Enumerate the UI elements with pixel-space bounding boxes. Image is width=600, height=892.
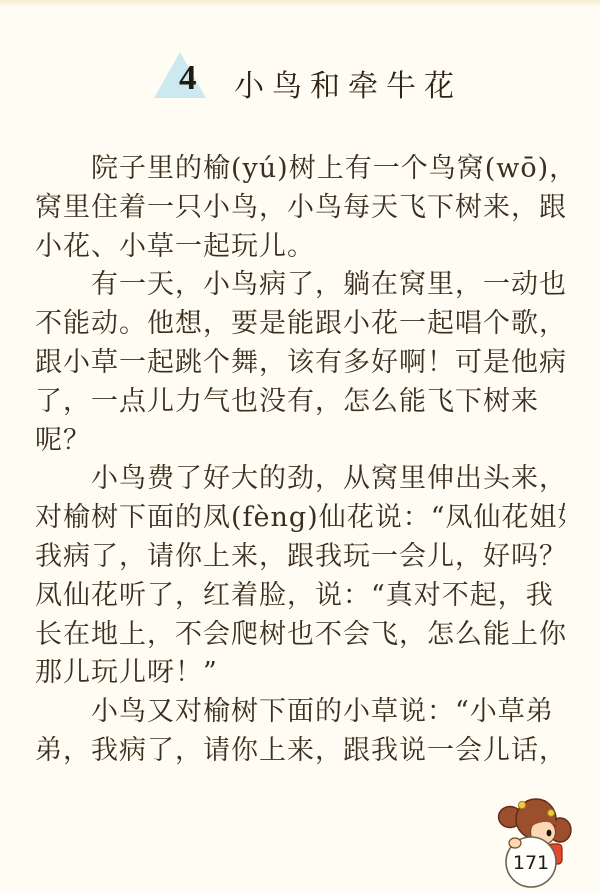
text-line: 院子里的榆(yú)树上有一个鸟窝(wō)，鸟 (35, 150, 565, 189)
text-line: 窝里住着一只小鸟，小鸟每天飞下树来，跟 (35, 189, 565, 228)
text-line: 有一天，小鸟病了，躺在窝里，一动也 (35, 266, 565, 305)
textbook-page: 4 小鸟和牵牛花 院子里的榆(yú)树上有一个鸟窝(wō)，鸟窝里住着一只小鸟，… (0, 0, 600, 892)
text-line: 小鸟又对榆树下面的小草说：“小草弟 (35, 693, 565, 732)
text-line: 呢？ (35, 422, 565, 461)
text-line: 对榆树下面的凤(fèng)仙花说：“凤仙花姐姐， (35, 499, 565, 538)
lesson-title: 小鸟和牵牛花 (234, 61, 462, 105)
text-line: 跟小草一起跳个舞，该有多好啊！可是他病 (35, 344, 565, 383)
girl-mascot-illustration: 171 (496, 796, 574, 890)
text-body: 院子里的榆(yú)树上有一个鸟窝(wō)，鸟窝里住着一只小鸟，小鸟每天飞下树来，… (35, 150, 565, 771)
text-line: 那儿玩儿呀！” (35, 654, 565, 693)
text-line: 弟，我病了，请你上来，跟我说一会儿话， (35, 732, 565, 771)
text-line: 长在地上，不会爬树也不会飞，怎么能上你 (35, 616, 565, 655)
page-number: 171 (513, 852, 549, 874)
text-line: 小花、小草一起玩儿。 (35, 228, 565, 267)
text-line: 小鸟费了好大的劲，从窝里伸出头来， (35, 460, 565, 499)
lesson-number: 4 (179, 58, 197, 98)
text-line: 了，一点儿力气也没有，怎么能飞下树来 (35, 383, 565, 422)
text-line: 凤仙花听了，红着脸，说：“真对不起，我 (35, 577, 565, 616)
page-footer: 171 (496, 796, 574, 890)
scan-edge-artifact (0, 0, 600, 7)
text-line: 我病了，请你上来，跟我玩一会儿，好吗？” (35, 538, 565, 577)
text-line: 不能动。他想，要是能跟小花一起唱个歌， (35, 305, 565, 344)
